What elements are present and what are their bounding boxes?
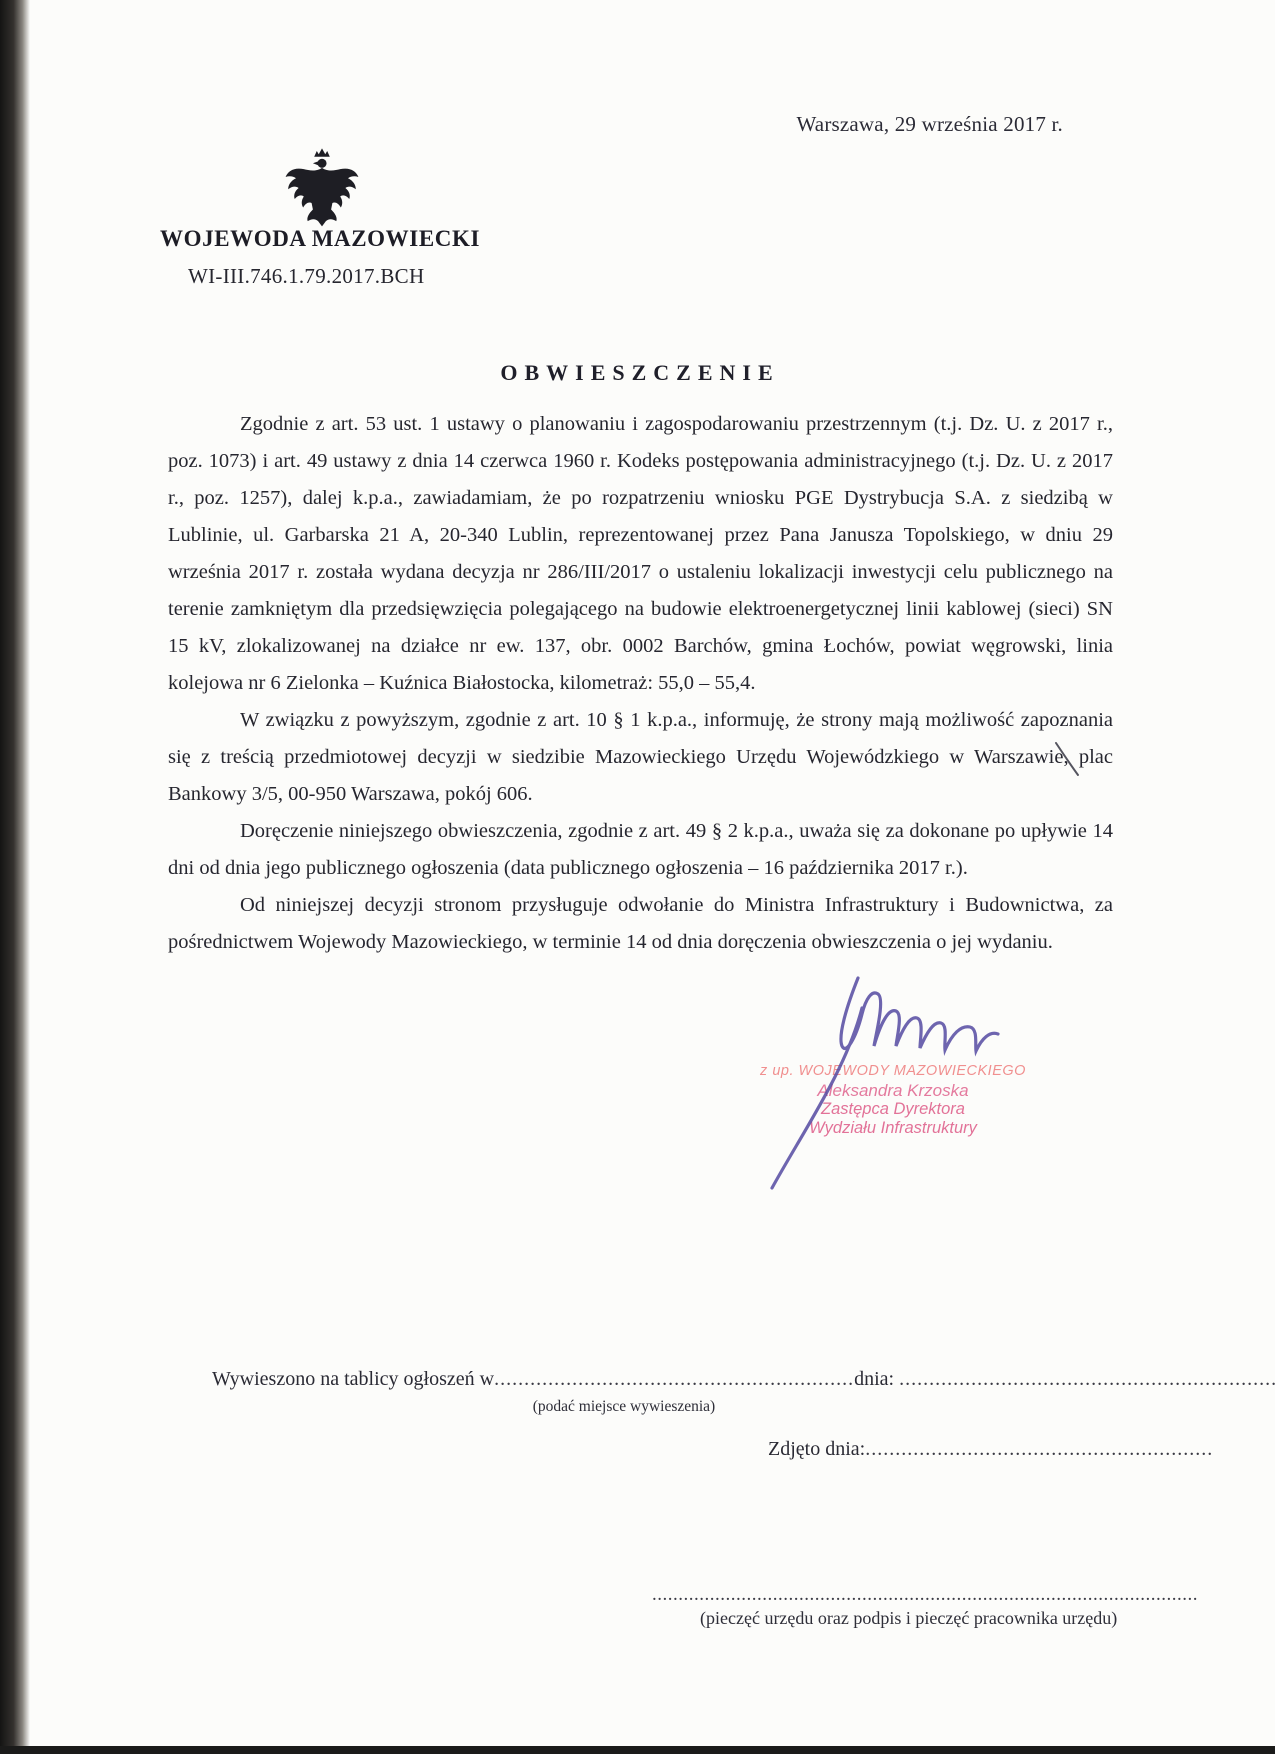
posting-date-label: dnia: (854, 1368, 894, 1390)
document-body: Zgodnie z art. 53 ust. 1 ustawy o planow… (168, 406, 1113, 961)
paragraph-legal-basis: Zgodnie z art. 53 ust. 1 ustawy o planow… (168, 406, 1113, 702)
posting-place-caption: (podać miejsce wywieszenia) (524, 1398, 724, 1416)
removal-record-row: Zdjęto dnia:............................… (768, 1438, 1213, 1461)
seal-signature-dotted-line: ........................................… (652, 1584, 1198, 1606)
posting-date-dotted-line: ........................................… (899, 1368, 1275, 1390)
removal-date-dotted-line: ........................................… (865, 1438, 1213, 1460)
issuing-authority: WOJEWODA MAZOWIECKI (160, 226, 480, 252)
paragraph-inspection-info: W związku z powyższym, zgodnie z art. 10… (168, 702, 1113, 813)
removal-date-label: Zdjęto dnia: (768, 1438, 865, 1460)
case-reference-number: WI-III.746.1.79.2017.BCH (188, 264, 424, 289)
posting-record-row: Wywieszono na tablicy ogłoszeń w........… (212, 1368, 1275, 1391)
handwritten-signature (742, 950, 1032, 1210)
seal-signature-caption: (pieczęć urzędu oraz podpis i pieczęć pr… (700, 1608, 1117, 1629)
scan-edge-artifact-bottom (0, 1746, 1275, 1754)
scanned-document-page: Warszawa, 29 września 2017 r. WOJEWODA M… (0, 0, 1275, 1754)
scan-stray-mark (1052, 740, 1082, 778)
scan-edge-artifact-left (0, 0, 30, 1754)
paragraph-delivery-info: Doręczenie niniejszego obwieszczenia, zg… (168, 813, 1113, 887)
posting-place-dotted-line: ........................................… (494, 1368, 854, 1390)
document-title: OBWIESZCZENIE (165, 360, 1115, 386)
posting-label: Wywieszono na tablicy ogłoszeń w (212, 1368, 494, 1390)
polish-eagle-emblem-icon (283, 144, 361, 232)
document-date: Warszawa, 29 września 2017 r. (796, 112, 1063, 137)
